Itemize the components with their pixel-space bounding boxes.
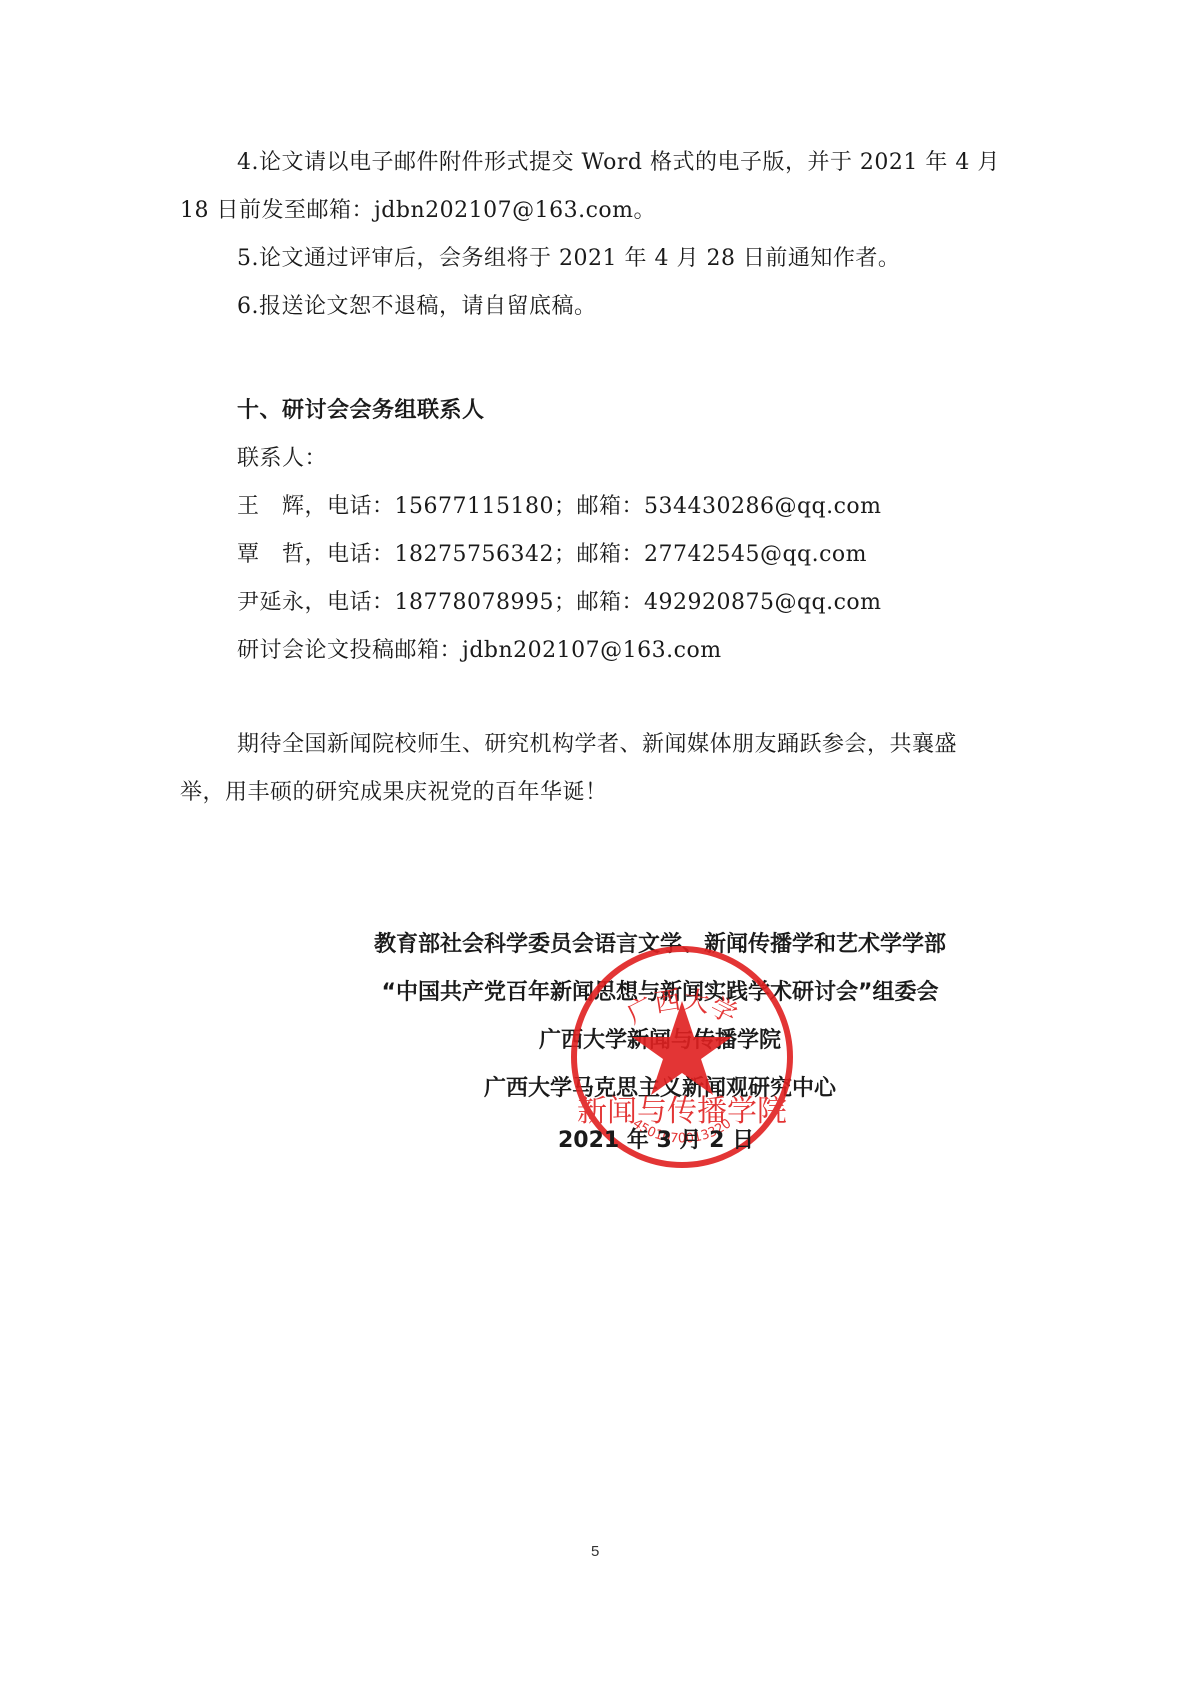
signature-org-2: “中国共产党百年新闻思想与新闻实践学术研讨会”组委会 — [340, 978, 980, 1008]
signature-date: 2021 年 3 月 2 日 — [340, 1126, 980, 1156]
contacts-heading: 十、研讨会会务组联系人 — [237, 396, 485, 426]
contacts-label: 联系人： — [237, 444, 327, 474]
item-5: 5.论文通过评审后，会务组将于 2021 年 4 月 28 日前通知作者。 — [237, 244, 900, 274]
closing-line-2: 举，用丰硕的研究成果庆祝党的百年华诞！ — [180, 778, 608, 808]
signature-org-3: 广西大学新闻与传播学院 — [340, 1026, 980, 1056]
contact-row: 覃 哲，电话：18275756342；邮箱：27742545@qq.com — [237, 540, 867, 570]
document-page: 4.论文请以电子邮件附件形式提交 Word 格式的电子版，并于 2021 年 4… — [0, 0, 1190, 1683]
signature-org-1: 教育部社会科学委员会语言文学、新闻传播学和艺术学学部 — [340, 930, 980, 960]
page-number: 5 — [591, 1543, 599, 1560]
contact-row: 王 辉，电话：15677115180；邮箱：534430286@qq.com — [237, 492, 882, 522]
submission-email: 研讨会论文投稿邮箱：jdbn202107@163.com — [237, 636, 722, 666]
item-4-line-1: 4.论文请以电子邮件附件形式提交 Word 格式的电子版，并于 2021 年 4… — [237, 148, 1000, 178]
closing-line-1: 期待全国新闻院校师生、研究机构学者、新闻媒体朋友踊跃参会，共襄盛 — [237, 730, 957, 760]
item-6: 6.报送论文恕不退稿，请自留底稿。 — [237, 292, 597, 322]
item-4-line-2: 18 日前发至邮箱：jdbn202107@163.com。 — [180, 196, 656, 226]
contact-row: 尹延永，电话：18778078995；邮箱：492920875@qq.com — [237, 588, 882, 618]
signature-org-4: 广西大学马克思主义新闻观研究中心 — [340, 1074, 980, 1104]
